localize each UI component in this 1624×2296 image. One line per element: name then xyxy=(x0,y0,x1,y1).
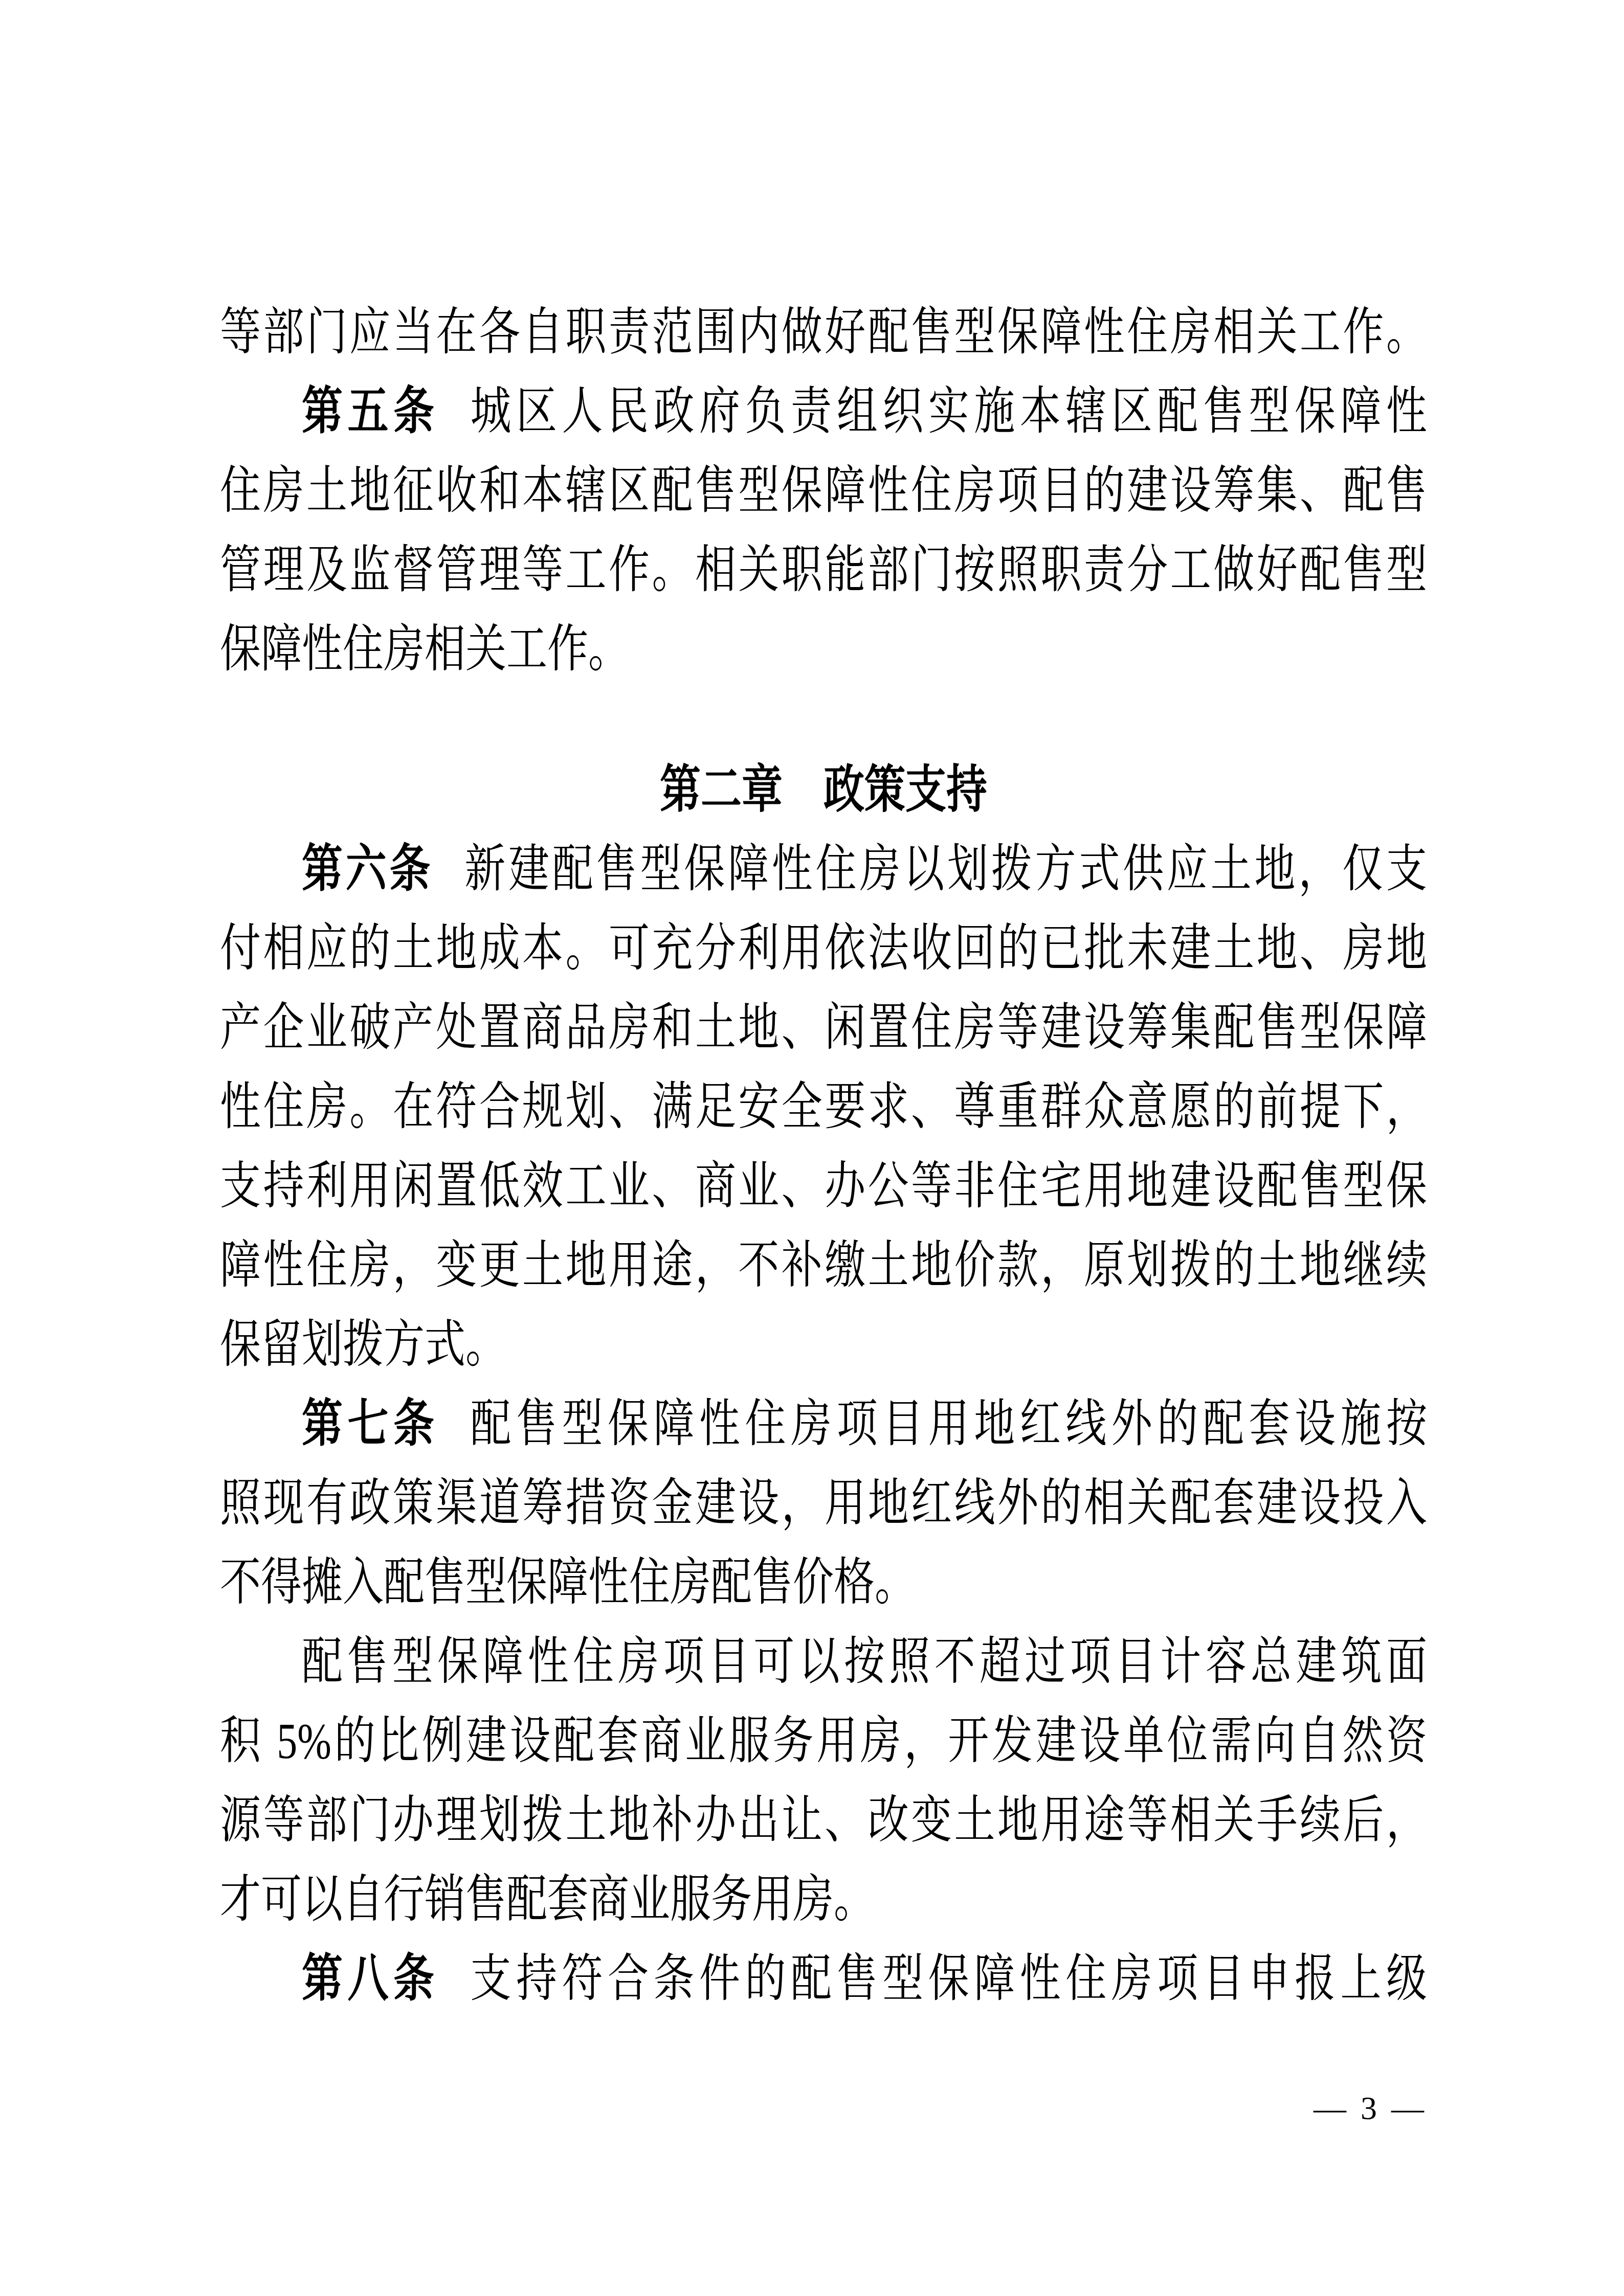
line-text: 支持符合条件的配售型保障性住房项目申报上级 xyxy=(470,1950,1427,2007)
chapter-title: 政策支持 xyxy=(824,761,987,818)
line-text: 配售型保障性住房项目用地红线外的配套设施按 xyxy=(470,1395,1427,1452)
line-text: 障性住房，变更土地用途，不补缴土地价款，原划拨的土地继续 xyxy=(220,1237,1427,1294)
chapter-number: 第二章 xyxy=(660,761,783,818)
text-line: 保留划拨方式。 xyxy=(220,1305,1427,1384)
paragraph-first-line: 配售型保障性住房项目可以按照不超过项目计容总建筑面 xyxy=(220,1622,1427,1701)
text-line: 积 5%的比例建设配套商业服务用房，开发建设单位需向自然资 xyxy=(220,1701,1427,1781)
line-text: 产企业破产处置商品房和土地、闲置住房等建设筹集配售型保障 xyxy=(220,999,1427,1056)
line-text: 配售型保障性住房项目可以按照不超过项目计容总建筑面 xyxy=(302,1633,1427,1690)
line-text: 新建配售型保障性住房以划拨方式供应土地，仅支 xyxy=(464,841,1427,897)
text-line: 管理及监督管理等工作。相关职能部门按照职责分工做好配售型 xyxy=(220,530,1427,610)
text-line: 障性住房，变更土地用途，不补缴土地价款，原划拨的土地继续 xyxy=(220,1226,1427,1305)
text-line: 照现有政策渠道筹措资金建设，用地红线外的相关配套建设投入 xyxy=(220,1464,1427,1543)
text-line: 源等部门办理划拨土地补办出让、改变土地用途等相关手续后， xyxy=(220,1781,1427,1860)
document-page: 等部门应当在各自职责范围内做好配售型保障性住房相关工作。 第五条城区人民政府负责… xyxy=(0,0,1624,2296)
text-line: 产企业破产处置商品房和土地、闲置住房等建设筹集配售型保障 xyxy=(220,988,1427,1067)
line-text: 才可以自行销售配套商业服务用房。 xyxy=(220,1871,875,1928)
text-line: 保障性住房相关工作。 xyxy=(220,610,1427,689)
text-line: 性住房。在符合规划、满足安全要求、尊重群众意愿的前提下， xyxy=(220,1067,1427,1146)
article-first-line: 第七条配售型保障性住房项目用地红线外的配套设施按 xyxy=(220,1384,1427,1464)
article-first-line: 第五条城区人民政府负责组织实施本辖区配售型保障性 xyxy=(220,372,1427,451)
text-line: 等部门应当在各自职责范围内做好配售型保障性住房相关工作。 xyxy=(220,292,1427,372)
line-text: 付相应的土地成本。可充分利用依法收回的已批未建土地、房地 xyxy=(220,920,1427,977)
page-number: — 3 — xyxy=(220,2086,1427,2130)
line-text: 性住房。在符合规划、满足安全要求、尊重群众意愿的前提下， xyxy=(220,1078,1427,1135)
article-number-label: 第八条 xyxy=(302,1950,439,2007)
line-text: 管理及监督管理等工作。相关职能部门按照职责分工做好配售型 xyxy=(220,542,1427,598)
text-line: 才可以自行销售配套商业服务用房。 xyxy=(220,1860,1427,1939)
line-text: 照现有政策渠道筹措资金建设，用地红线外的相关配套建设投入 xyxy=(220,1475,1427,1532)
line-text: 保障性住房相关工作。 xyxy=(220,621,629,678)
article-number-label: 第六条 xyxy=(302,840,433,897)
text-line: 付相应的土地成本。可充分利用依法收回的已批未建土地、房地 xyxy=(220,909,1427,988)
page-number-text: — 3 — xyxy=(1314,2090,1427,2126)
chapter-heading: 第二章政策支持 xyxy=(220,750,1427,829)
line-text: 源等部门办理划拨土地补办出让、改变土地用途等相关手续后， xyxy=(220,1792,1427,1849)
text-line: 支持利用闲置低效工业、商业、办公等非住宅用地建设配售型保 xyxy=(220,1146,1427,1226)
line-text: 城区人民政府负责组织实施本辖区配售型保障性 xyxy=(470,383,1427,440)
line-text: 积 5%的比例建设配套商业服务用房，开发建设单位需向自然资 xyxy=(220,1713,1427,1769)
line-text: 支持利用闲置低效工业、商业、办公等非住宅用地建设配售型保 xyxy=(220,1158,1427,1214)
document-text-block: 等部门应当在各自职责范围内做好配售型保障性住房相关工作。 第五条城区人民政府负责… xyxy=(220,292,1427,2018)
article-first-line: 第八条支持符合条件的配售型保障性住房项目申报上级 xyxy=(220,1939,1427,2018)
article-number-label: 第五条 xyxy=(302,382,439,440)
text-line: 住房土地征收和本辖区配售型保障性住房项目的建设筹集、配售 xyxy=(220,451,1427,530)
text-line: 不得摊入配售型保障性住房配售价格。 xyxy=(220,1543,1427,1622)
line-text: 等部门应当在各自职责范围内做好配售型保障性住房相关工作。 xyxy=(220,304,1427,361)
article-number-label: 第七条 xyxy=(302,1395,439,1452)
line-text: 保留划拨方式。 xyxy=(220,1316,506,1373)
article-first-line: 第六条新建配售型保障性住房以划拨方式供应土地，仅支 xyxy=(220,829,1427,909)
line-text: 不得摊入配售型保障性住房配售价格。 xyxy=(220,1554,916,1611)
line-text: 住房土地征收和本辖区配售型保障性住房项目的建设筹集、配售 xyxy=(220,462,1427,519)
